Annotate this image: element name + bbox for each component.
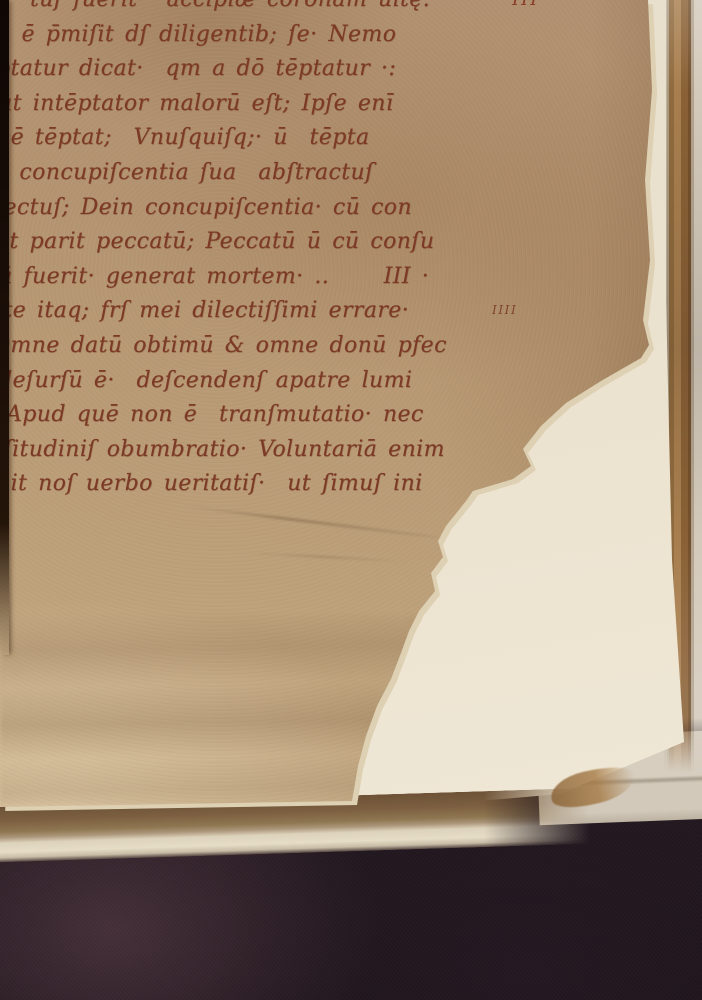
manuscript-line: it parit peccatū; Peccatū ū cū conſu <box>2 229 434 254</box>
manuscript-line: lectuſ; Dein concupiſcentia· cū con <box>0 195 412 220</box>
manuscript-line: ū fuerit· generat mortem· .. III · <box>0 264 429 289</box>
parchment-crease <box>181 504 469 542</box>
parchment-crease <box>238 551 413 562</box>
manuscript-line: Omne datū obtimū & omne donū pfec <box>0 333 447 358</box>
photo: tuſ fuerit· accipiæ coronam uitę.n ē p̄m… <box>0 0 702 1000</box>
margin-numeral: IIII <box>492 303 517 317</box>
gutter-shadow <box>0 0 9 655</box>
manuscript-line: Apud quē non ē tranſmutatio· nec <box>6 402 424 427</box>
manuscript-line: tuſ fuerit· accipiæ coronam uitę. <box>30 0 430 12</box>
manuscript-line: ſſitudiniſ obumbratio· Voluntariā enim <box>0 437 445 462</box>
manuscript-line: ut intēptator malorū eſt; Ipſe enī <box>0 91 393 116</box>
manuscript-line: uit noſ uerbo ueritatiſ· ut ſimuſ ini <box>0 471 423 496</box>
manuscript-line: ite itaq; frſ mei dilectiſſimi errare· <box>0 298 409 323</box>
manuscript-line: ptatur dicat· qm a dō tēptatur ·: <box>0 56 396 81</box>
manuscript-line: n ē p̄miſit dſ diligentib; ſe· Nemo <box>0 22 396 47</box>
top-edge-mark: III <box>512 0 539 10</box>
manuscript-line: nē tēptat; Vnuſquiſq;· ū tēpta <box>0 125 369 150</box>
manuscript-line: a concupiſcentia ſua abſtractuſ <box>0 160 374 185</box>
manuscript-line: deſurſū ē· deſcendenſ apatre lumi <box>0 368 412 393</box>
